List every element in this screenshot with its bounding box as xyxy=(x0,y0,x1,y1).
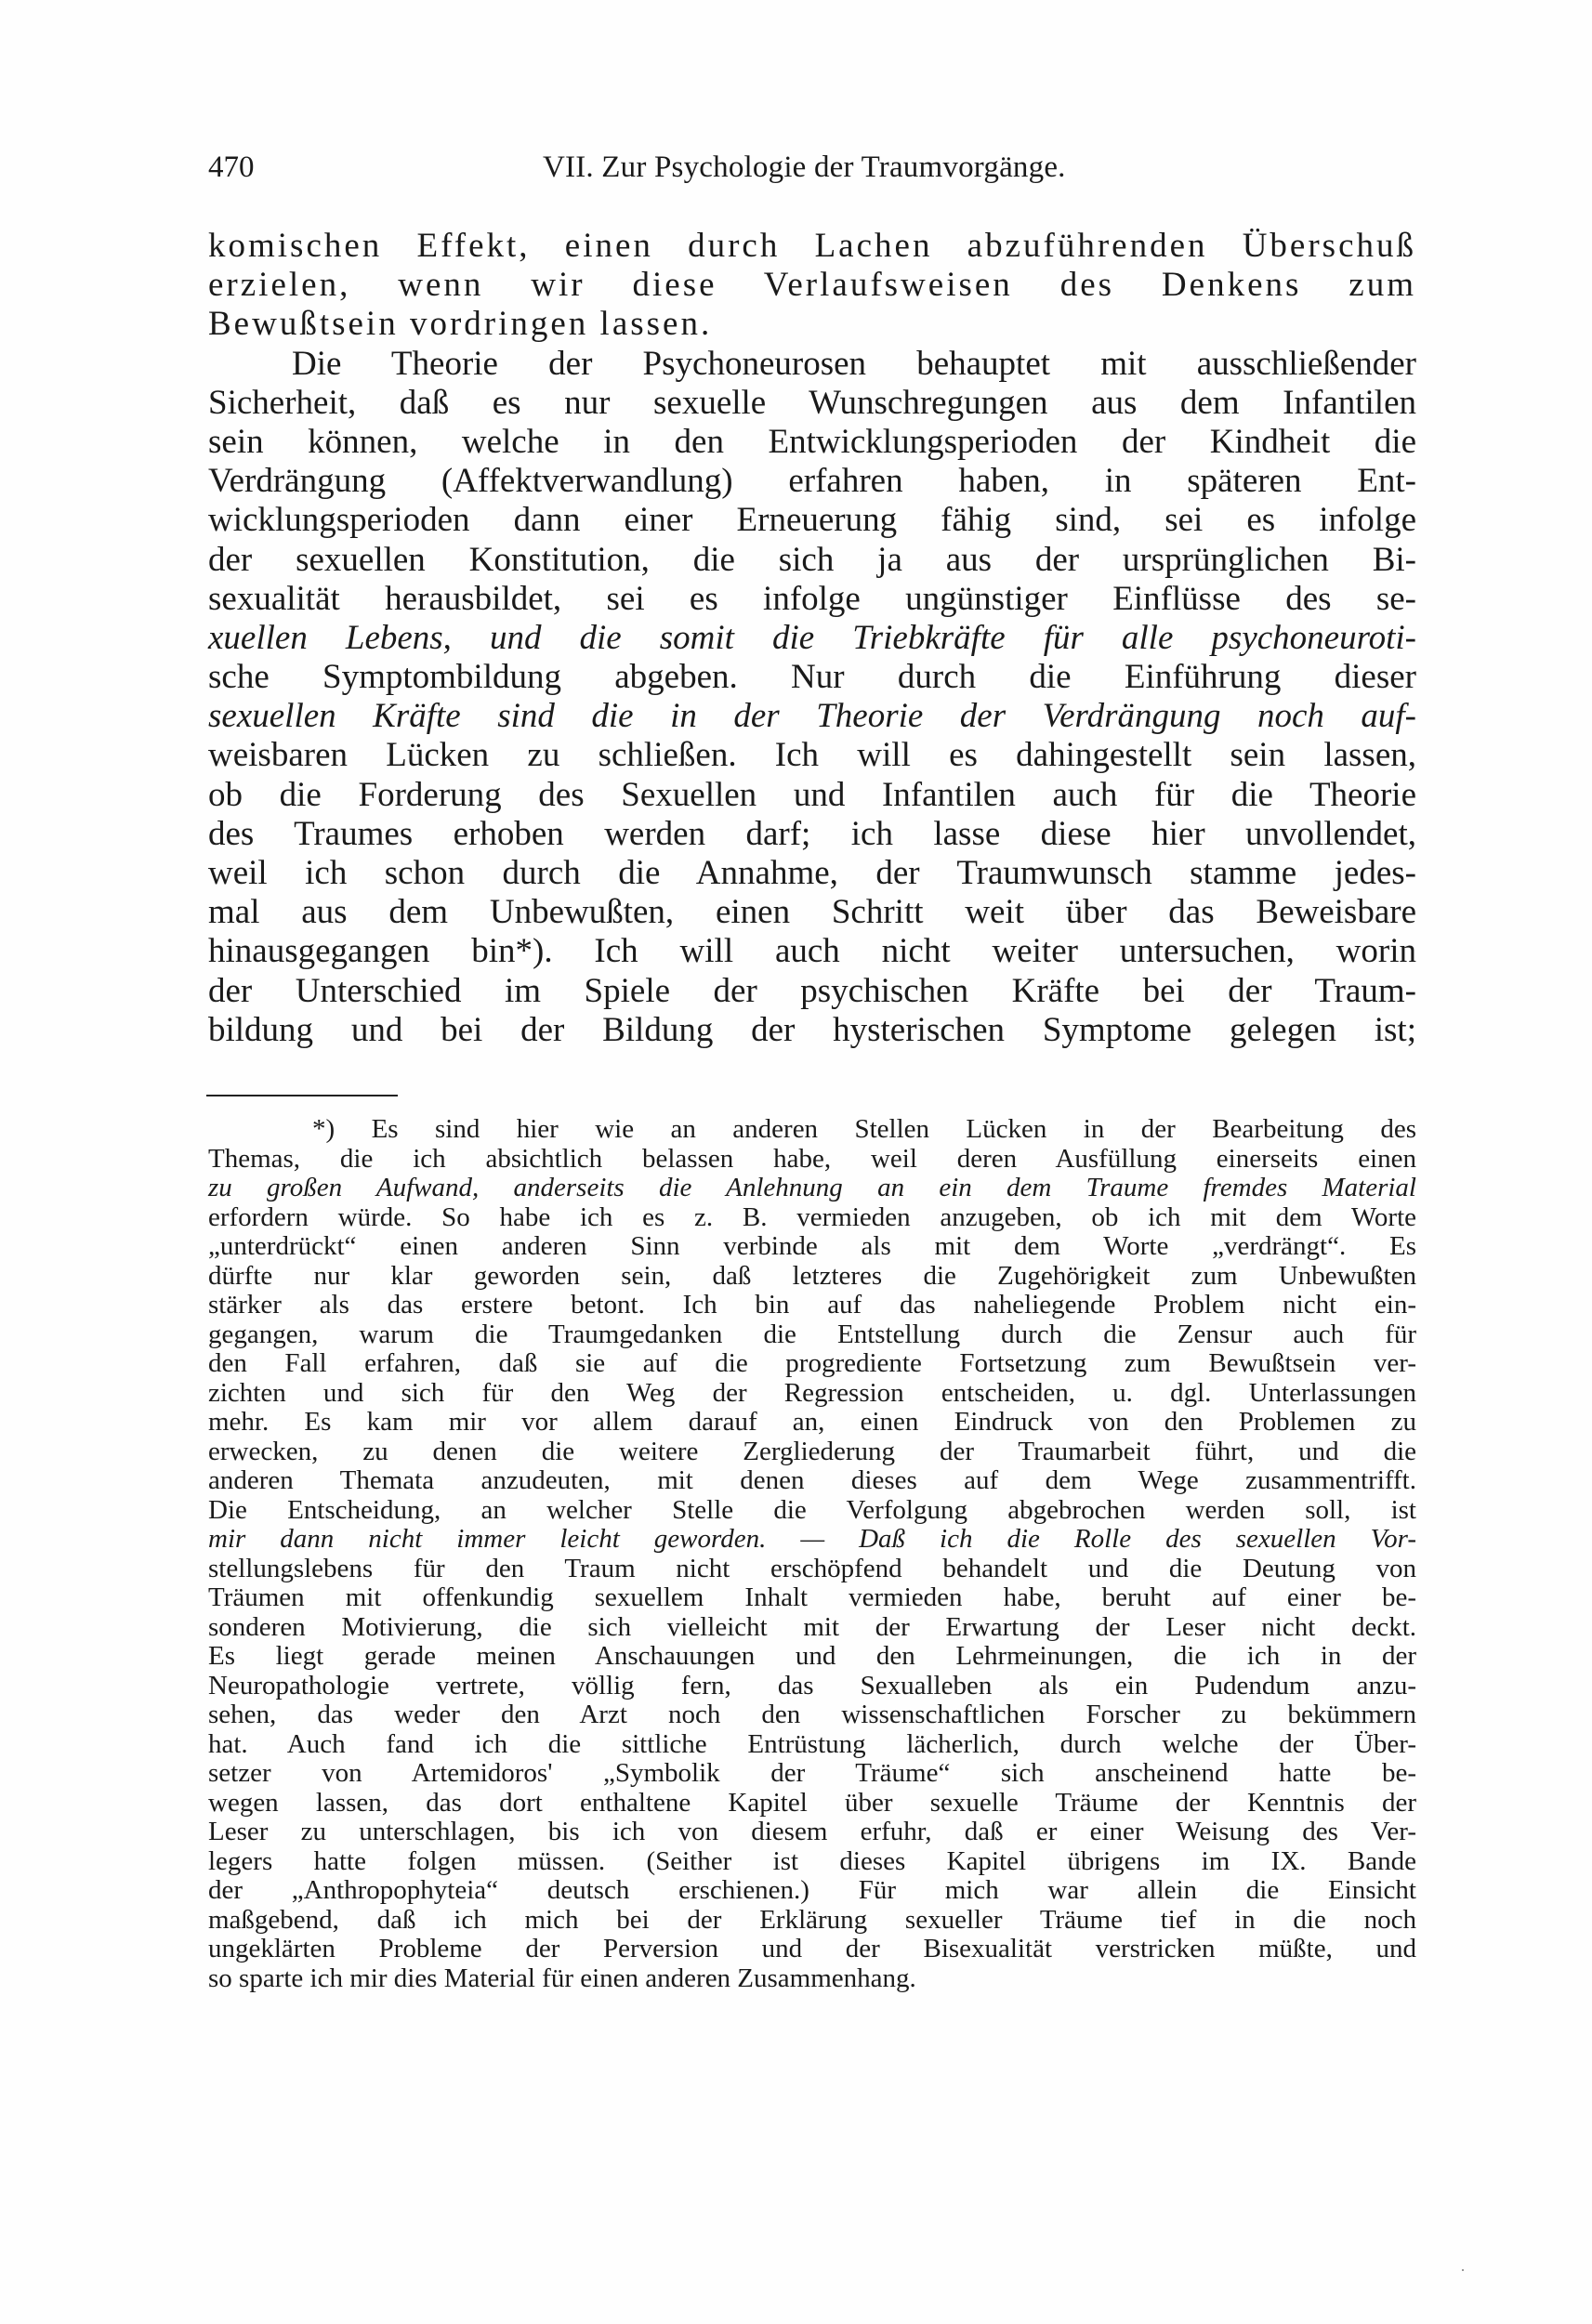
text-line: Bewußtsein vordringen lassen. xyxy=(208,305,1416,344)
footnote-line: den Fall erfahren, daß sie auf die progr… xyxy=(208,1349,1416,1379)
footnote-line: Themas, die ich absichtlich belassen hab… xyxy=(208,1145,1416,1175)
footnote-line: maßgebend, daß ich mich bei der Erklärun… xyxy=(208,1906,1416,1936)
main-text: komischen Effekt, einen durch Lachen abz… xyxy=(208,227,1416,1050)
footnote-divider xyxy=(206,1095,398,1096)
footnote-line: setzer von Artemidoros' „Symbolik der Tr… xyxy=(208,1759,1416,1789)
running-head: 470 VII. Zur Psychologie der Traumvorgän… xyxy=(208,147,1416,188)
footnote-line: Die Entscheidung, an welcher Stelle die … xyxy=(208,1496,1416,1526)
text-line: wicklungsperioden dann einer Erneuerung … xyxy=(208,501,1416,540)
footnote-line: anderen Themata anzudeuten, mit denen di… xyxy=(208,1466,1416,1496)
footnote-line: erwecken, zu denen die weitere Zergliede… xyxy=(208,1438,1416,1467)
text-line: xuellen Lebens, und die somit die Triebk… xyxy=(208,619,1416,658)
text-line: sein können, welche in den Entwicklungsp… xyxy=(208,423,1416,462)
footnote-line: zichten und sich für den Weg der Regress… xyxy=(208,1379,1416,1409)
footnote-line: legers hatte folgen müssen. (Seither ist… xyxy=(208,1847,1416,1877)
text-line: Verdrängung (Affektverwandlung) erfahren… xyxy=(208,462,1416,501)
scan-speck xyxy=(1462,2269,1464,2271)
footnote-line: gegangen, warum die Traumgedanken die En… xyxy=(208,1320,1416,1350)
footnote-line: mir dann nicht immer leicht geworden. — … xyxy=(208,1525,1416,1555)
text-line: komischen Effekt, einen durch Lachen abz… xyxy=(208,227,1416,266)
footnote-line: mehr. Es kam mir vor allem darauf an, ei… xyxy=(208,1408,1416,1438)
footnote-line: *) Es sind hier wie an anderen Stellen L… xyxy=(208,1115,1416,1145)
footnote-line: hat. Auch fand ich die sittliche Entrüst… xyxy=(208,1730,1416,1760)
footnote-line: Neuropathologie vertrete, völlig fern, d… xyxy=(208,1672,1416,1701)
footnote-line: dürfte nur klar geworden sein, daß letzt… xyxy=(208,1262,1416,1292)
book-page: 470 VII. Zur Psychologie der Traumvorgän… xyxy=(0,0,1592,2324)
text-line: sche Symptombildung abgeben. Nur durch d… xyxy=(208,658,1416,697)
footnote-line: zu großen Aufwand, anderseits die Anlehn… xyxy=(208,1174,1416,1203)
text-line: ob die Forderung des Sexuellen und Infan… xyxy=(208,776,1416,815)
text-line: des Traumes erhoben werden darf; ich las… xyxy=(208,815,1416,854)
footnote-line: stärker als das erstere betont. Ich bin … xyxy=(208,1291,1416,1320)
footnote-line: „unterdrückt“ einen anderen Sinn verbind… xyxy=(208,1232,1416,1262)
footnote-line: Es liegt gerade meinen Anschauungen und … xyxy=(208,1642,1416,1672)
footnote-line: stellungslebens für den Traum nicht ersc… xyxy=(208,1555,1416,1584)
footnote-line: erfordern würde. So habe ich es z. B. ve… xyxy=(208,1203,1416,1233)
text-line: sexuellen Kräfte sind die in der Theorie… xyxy=(208,697,1416,736)
page-number: 470 xyxy=(208,147,255,188)
footnote: *) Es sind hier wie an anderen Stellen L… xyxy=(208,1115,1416,1993)
text-line: sexualität herausbildet, sei es infolge … xyxy=(208,580,1416,619)
footnote-line: Träumen mit offenkundig sexuellem Inhalt… xyxy=(208,1583,1416,1613)
footnote-line: ungeklärten Probleme der Perversion und … xyxy=(208,1935,1416,1964)
text-line: erzielen, wenn wir diese Verlaufsweisen … xyxy=(208,266,1416,305)
footnote-line: wegen lassen, das dort enthaltene Kapite… xyxy=(208,1789,1416,1818)
footnote-line: sonderen Motivierung, die sich vielleich… xyxy=(208,1613,1416,1643)
footnote-line: der „Anthropophyteia“ deutsch erschienen… xyxy=(208,1876,1416,1906)
text-line: mal aus dem Unbewußten, einen Schritt we… xyxy=(208,893,1416,932)
text-line: bildung und bei der Bildung der hysteris… xyxy=(208,1011,1416,1050)
paragraph-start-line: Die Theorie der Psychoneurosen behauptet… xyxy=(208,345,1416,384)
footnote-line: sehen, das weder den Arzt noch den wisse… xyxy=(208,1700,1416,1730)
footnote-line: Leser zu unterschlagen, bis ich von dies… xyxy=(208,1818,1416,1847)
text-line: Sicherheit, daß es nur sexuelle Wunschre… xyxy=(208,384,1416,423)
text-line: weisbaren Lücken zu schließen. Ich will … xyxy=(208,736,1416,775)
text-line: weil ich schon durch die Annahme, der Tr… xyxy=(208,854,1416,893)
text-line: der sexuellen Konstitution, die sich ja … xyxy=(208,541,1416,580)
text-line: der Unterschied im Spiele der psychische… xyxy=(208,972,1416,1011)
text-line: hinausgegangen bin*). Ich will auch nich… xyxy=(208,932,1416,971)
chapter-title: VII. Zur Psychologie der Traumvorgänge. xyxy=(543,147,1066,188)
footnote-line: so sparte ich mir dies Material für eine… xyxy=(208,1964,1416,1994)
